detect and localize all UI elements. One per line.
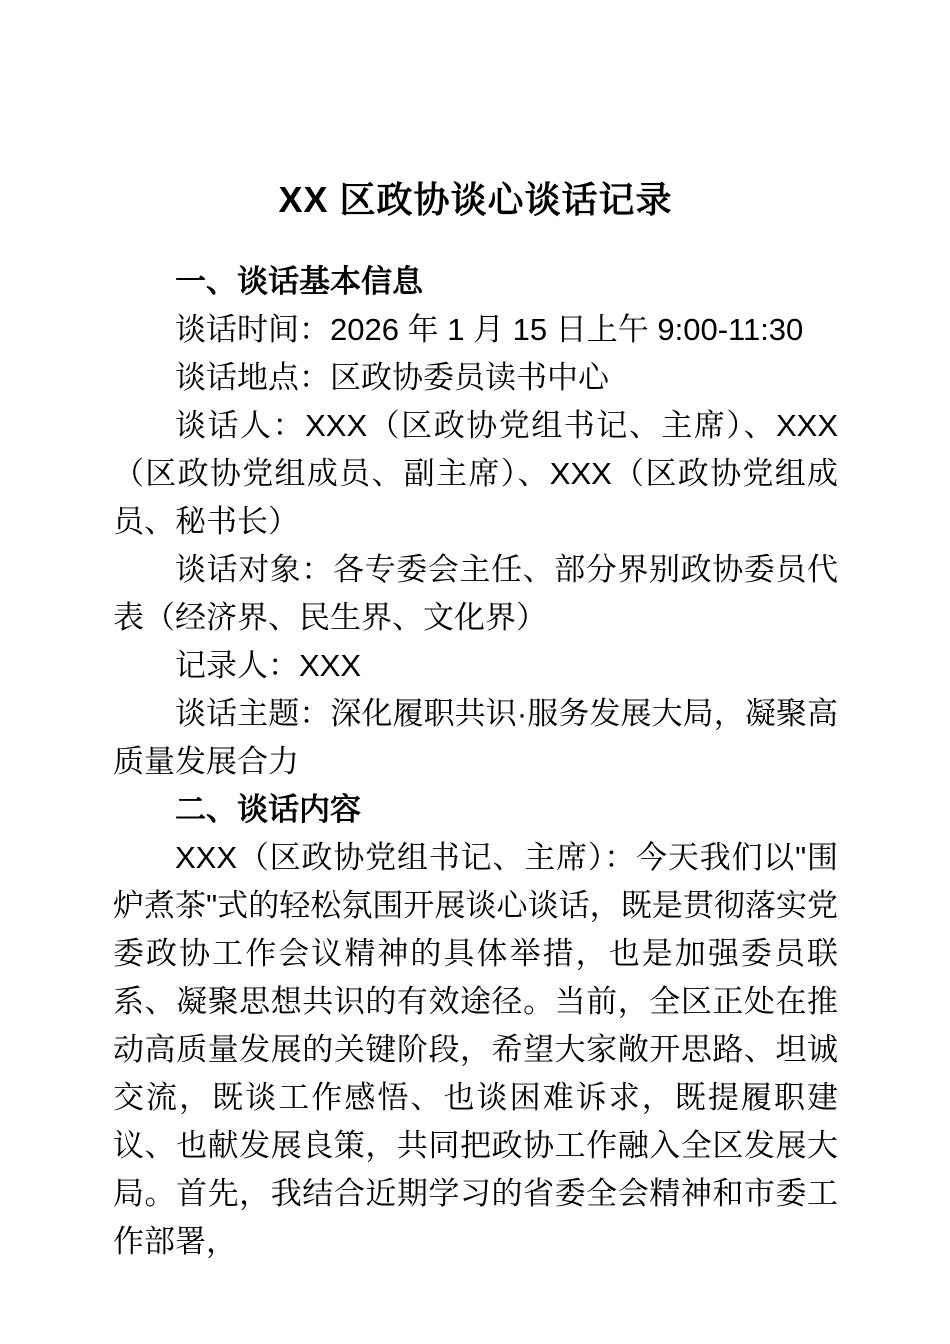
section2-heading: 二、谈话内容: [113, 786, 838, 834]
document-page: XX 区政协谈心谈话记录 一、谈话基本信息 谈话时间：2026 年 1 月 15…: [0, 0, 950, 1344]
recorder: 记录人：XXX: [113, 642, 838, 690]
talk-topic: 谈话主题：深化履职共识·服务发展大局，凝聚高质量发展合力: [113, 690, 838, 786]
meeting-location: 谈话地点：区政协委员读书中心: [113, 354, 838, 402]
interviewers: 谈话人：XXX（区政协党组书记、主席）、XXX（区政协党组成员、副主席）、XXX…: [113, 402, 838, 546]
speech-paragraph-chairman: XXX（区政协党组书记、主席）：今天我们以"围炉煮茶"式的轻松氛围开展谈心谈话，…: [113, 834, 838, 1266]
interviewees: 谈话对象：各专委会主任、部分界别政协委员代表（经济界、民生界、文化界）: [113, 546, 838, 642]
section1-heading: 一、谈话基本信息: [113, 258, 838, 306]
meeting-time: 谈话时间：2026 年 1 月 15 日上午 9:00-11:30: [113, 306, 838, 354]
document-title: XX 区政协谈心谈话记录: [113, 178, 838, 222]
